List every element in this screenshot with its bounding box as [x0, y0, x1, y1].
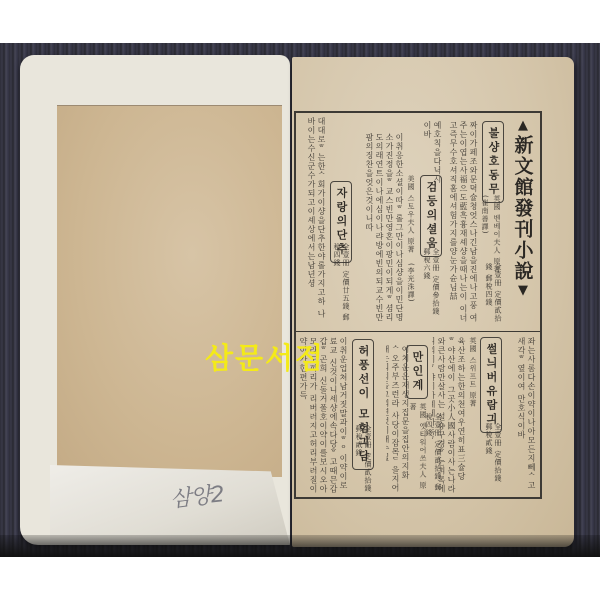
book-price: 全壹冊 定價貳拾錢 郵稅四錢	[484, 263, 502, 323]
section-side-note: 좌는사롬다손이약이나아모든지뻬ᄉ고새각ᄒ옆이여 만호식이바	[510, 337, 536, 495]
shop-watermark: 삼문서점	[205, 336, 325, 377]
book-price: 全壹冊 定價廿五錢 郵稅四錢	[332, 243, 350, 323]
right-ad-page: ▲ 新文館發刊小說 ▼ 불샹호동무 英國 벤베이夫人 原著 (崔南善譯) 全壹冊…	[292, 57, 574, 547]
book-price: 全壹冊 定價拾錢 郵稅貳錢	[484, 423, 502, 493]
book-description: 대대로ᄒ는한ᄉ회가이샹을단추한야롤가지고하 나바이는수신군수가되고이셰상에서는남…	[296, 117, 326, 325]
book-price: 全壹冊 定價貳拾錢 郵稅四錢	[424, 413, 442, 493]
book-price: 全壹冊 定價參拾錢 郵稅六錢	[422, 248, 440, 318]
table-shadow	[0, 535, 600, 557]
book-price: 全壹冊 定價貳拾錢 郵稅貳錢	[354, 425, 372, 495]
book-description: 이치운은재생지집문을집안의지화ᄉ오주부즈런라 사당이잡목ᄃ을지어내논리치돌그괴년…	[386, 345, 410, 495]
triangle-up-icon: ▲	[518, 119, 528, 133]
book-photo: 삼양2 ▲ 新文館發刊小說 ▼ 불샹호동무 英國 벤베이夫人 原著 (崔南善譯)…	[0, 43, 600, 557]
handwritten-note: 삼양2	[169, 477, 225, 513]
section-divider	[296, 331, 540, 332]
book-author: 美國 스토우夫人 原著	[406, 175, 416, 265]
publisher-title: 新文館發刊小說	[510, 135, 537, 282]
book-title-box: 불샹호동무	[482, 121, 504, 203]
book-translator: (李光洙譯)	[406, 263, 416, 313]
ad-header: ▲ 新文館發刊小說 ▼	[510, 119, 536, 325]
book-description: 짜이가페조와문뎍슐쳥엇스나긴남을진에나고풍 여주는이엽는사福으도藍흑흉재셰샹을때…	[444, 121, 478, 326]
cover-inner-panel	[57, 105, 282, 477]
book-title-box: 검둥의셜움	[420, 175, 442, 257]
book-author: 英國 스위프트 原著	[468, 337, 478, 427]
triangle-down-icon: ▼	[518, 284, 528, 298]
book-translator: (崔南善譯)	[480, 195, 490, 255]
left-cover-page: 삼양2	[20, 55, 290, 545]
book-description: 이취응한소셜이따ᄒ롤그만이나심샹을이민단명 소가진정을ᄒ교스빈만영혼이팡민이되게…	[360, 133, 404, 323]
ad-border-box: ▲ 新文館發刊小說 ▼ 불샹호동무 英國 벤베이夫人 原著 (崔南善譯) 全壹冊…	[294, 111, 542, 499]
book-title-box: 썰늬버유람긔	[480, 337, 502, 433]
